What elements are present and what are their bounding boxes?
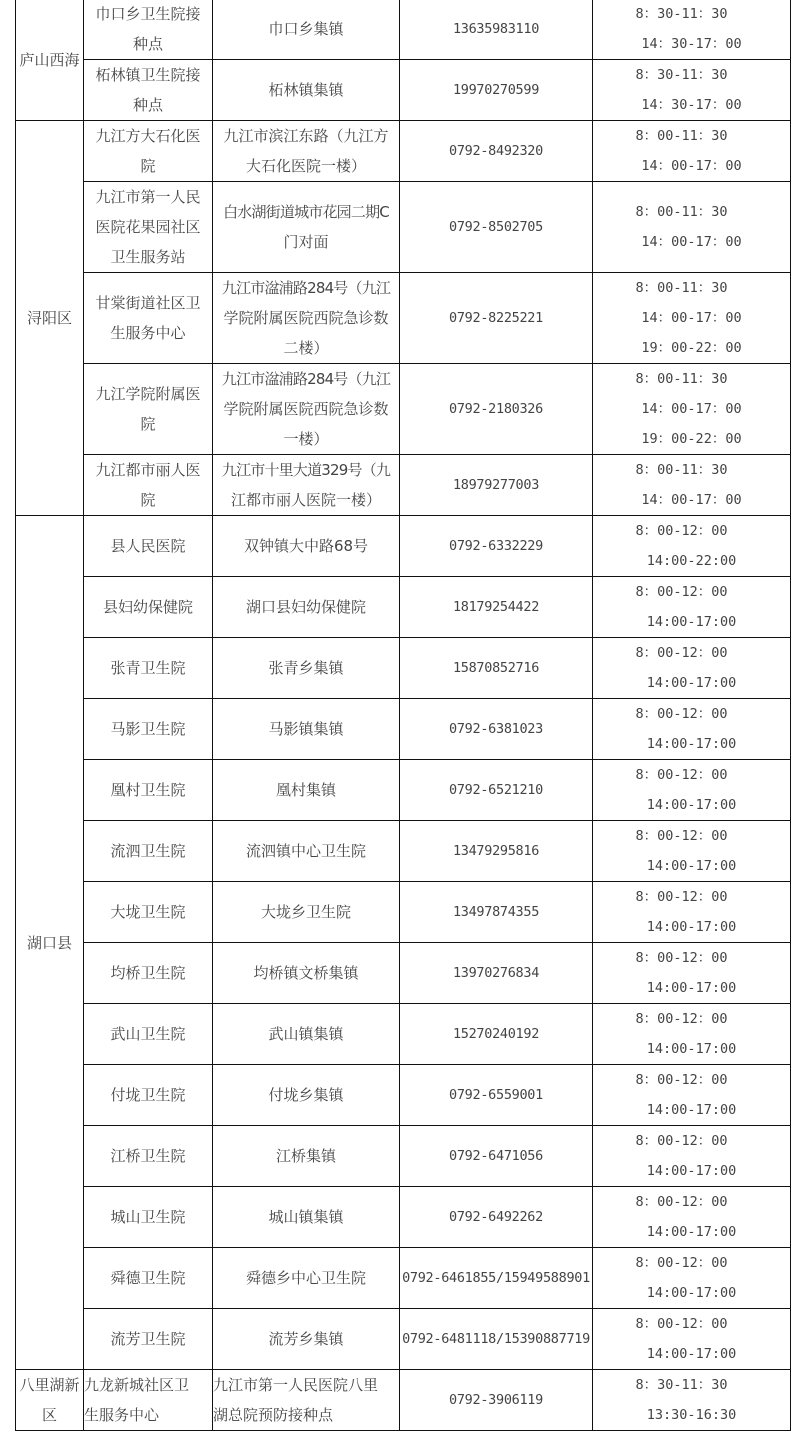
site-name-line: 九江市第一人民	[84, 182, 212, 212]
hours-line: 14：00-17：00	[593, 485, 790, 515]
hours-line: 14：30-17：00	[593, 29, 790, 59]
hours-line: 8：30-11：30	[593, 60, 790, 90]
district-cell: 湖口县	[16, 516, 84, 1370]
hours-line: 14:00-17:00	[593, 1156, 790, 1186]
hours-cell: 8：00-11：3014：00-17：00	[593, 121, 791, 182]
site-name-cell: 付垅卫生院	[84, 1065, 213, 1126]
site-name-cell: 县人民医院	[84, 516, 213, 577]
hours-line: 14：30-17：00	[593, 90, 790, 120]
site-name-line: 大垅卫生院	[84, 897, 212, 927]
hours-line: 8：00-11：30	[593, 197, 790, 227]
site-name-cell: 九江学院附属医院	[84, 364, 213, 455]
address-line: 九江市十里大道329号（九	[213, 455, 399, 485]
address-cell: 马影镇集镇	[213, 699, 400, 760]
phone-cell: 0792-6461855/15949588901	[400, 1248, 593, 1309]
hours-line: 14:00-17:00	[593, 729, 790, 759]
phone-text: 0792-8492320	[400, 136, 592, 166]
hours-cell: 8：30-11：3014：30-17：00	[593, 60, 791, 121]
site-name-line: 付垅卫生院	[84, 1080, 212, 1110]
hours-cell: 8：00-12：0014:00-17:00	[593, 699, 791, 760]
address-cell: 柘林镇集镇	[213, 60, 400, 121]
phone-cell: 13479295816	[400, 821, 593, 882]
hours-cell: 8：00-12：0014:00-17:00	[593, 577, 791, 638]
vaccination-sites-table: 庐山西海巾口乡卫生院接种点巾口乡集镇136359831108：30-11：301…	[15, 0, 791, 1431]
district-label: 浔阳区	[16, 303, 83, 333]
address-cell: 付垅乡集镇	[213, 1065, 400, 1126]
address-line: 九江市滨江东路（九江方	[213, 121, 399, 151]
site-name-line: 生服务中心	[84, 318, 212, 348]
address-line: 九江市湓浦路284号（九江	[213, 273, 399, 303]
address-line: 城山镇集镇	[213, 1202, 399, 1232]
district-cell: 浔阳区	[16, 121, 84, 516]
site-name-line: 县妇幼保健院	[84, 592, 212, 622]
address-line: 张青乡集镇	[213, 653, 399, 683]
phone-text: 0792-6481118/15390887719	[400, 1324, 592, 1354]
address-line: 凰村集镇	[213, 775, 399, 805]
address-cell: 双钟镇大中路68号	[213, 516, 400, 577]
hours-cell: 8：00-11：3014：00-17：00	[593, 182, 791, 273]
site-name-line: 张青卫生院	[84, 653, 212, 683]
address-cell: 湖口县妇幼保健院	[213, 577, 400, 638]
hours-cell: 8：00-11：3014：00-17：0019：00-22：00	[593, 364, 791, 455]
table-row: 柘林镇卫生院接种点柘林镇集镇199702705998：30-11：3014：30…	[16, 60, 791, 121]
site-name-line: 生服务中心	[84, 1400, 212, 1430]
table-row: 县妇幼保健院湖口县妇幼保健院181792544228：00-12：0014:00…	[16, 577, 791, 638]
hours-line: 8：00-12：00	[593, 1004, 790, 1034]
phone-text: 0792-8502705	[400, 212, 592, 242]
phone-text: 13497874355	[400, 897, 592, 927]
hours-line: 14:00-22:00	[593, 546, 790, 576]
hours-cell: 8：00-11：3014：00-17：00	[593, 455, 791, 516]
district-label-line: 八里湖新	[16, 1370, 83, 1400]
site-name-line: 城山卫生院	[84, 1202, 212, 1232]
site-name-line: 均桥卫生院	[84, 958, 212, 988]
phone-cell: 18979277003	[400, 455, 593, 516]
table-row: 湖口县县人民医院双钟镇大中路68号0792-63322298：00-12：001…	[16, 516, 791, 577]
phone-text: 0792-6332229	[400, 531, 592, 561]
address-line: 付垅乡集镇	[213, 1080, 399, 1110]
hours-line: 19：00-22：00	[593, 333, 790, 363]
hours-line: 8：00-12：00	[593, 943, 790, 973]
phone-cell: 0792-3906119	[400, 1370, 593, 1431]
address-cell: 均桥镇文桥集镇	[213, 943, 400, 1004]
site-name-cell: 巾口乡卫生院接种点	[84, 0, 213, 60]
site-name-cell: 九江市第一人民医院花果园社区卫生服务站	[84, 182, 213, 273]
site-name-cell: 甘棠街道社区卫生服务中心	[84, 273, 213, 364]
site-name-line: 柘林镇卫生院接	[84, 60, 212, 90]
phone-text: 15270240192	[400, 1019, 592, 1049]
address-cell: 武山镇集镇	[213, 1004, 400, 1065]
hours-line: 14:00-17:00	[593, 851, 790, 881]
site-name-cell: 流泗卫生院	[84, 821, 213, 882]
phone-cell: 0792-8492320	[400, 121, 593, 182]
table-row: 浔阳区九江方大石化医院九江市滨江东路（九江方大石化医院一楼）0792-84923…	[16, 121, 791, 182]
address-cell: 九江市滨江东路（九江方大石化医院一楼）	[213, 121, 400, 182]
hours-line: 13:30-16:30	[593, 1400, 790, 1430]
address-cell: 九江市十里大道329号（九江都市丽人医院一楼）	[213, 455, 400, 516]
site-name-cell: 柘林镇卫生院接种点	[84, 60, 213, 121]
address-cell: 白水湖街道城市花园二期C门对面	[213, 182, 400, 273]
phone-cell: 18179254422	[400, 577, 593, 638]
site-name-line: 九江学院附属医	[84, 379, 212, 409]
table-row: 江桥卫生院江桥集镇0792-64710568：00-12：0014:00-17:…	[16, 1126, 791, 1187]
address-cell: 巾口乡集镇	[213, 0, 400, 60]
hours-line: 8：00-11：30	[593, 273, 790, 303]
phone-cell: 0792-8502705	[400, 182, 593, 273]
address-line: 武山镇集镇	[213, 1019, 399, 1049]
hours-line: 8：00-12：00	[593, 516, 790, 546]
table-row: 付垅卫生院付垅乡集镇0792-65590018：00-12：0014:00-17…	[16, 1065, 791, 1126]
phone-text: 0792-6521210	[400, 775, 592, 805]
address-cell: 九江市湓浦路284号（九江学院附属医院西院急诊数一楼）	[213, 364, 400, 455]
district-cell: 八里湖新区	[16, 1370, 84, 1431]
phone-cell: 13970276834	[400, 943, 593, 1004]
hours-line: 14:00-17:00	[593, 790, 790, 820]
hours-cell: 8：00-12：0014:00-17:00	[593, 943, 791, 1004]
hours-line: 14:00-17:00	[593, 912, 790, 942]
hours-cell: 8：00-12：0014:00-17:00	[593, 821, 791, 882]
hours-line: 14:00-17:00	[593, 1278, 790, 1308]
site-name-cell: 流芳卫生院	[84, 1309, 213, 1370]
address-cell: 凰村集镇	[213, 760, 400, 821]
phone-cell: 0792-6521210	[400, 760, 593, 821]
hours-cell: 8：30-11：3014：30-17：00	[593, 0, 791, 60]
hours-line: 14:00-17:00	[593, 1217, 790, 1247]
address-cell: 流泗镇中心卫生院	[213, 821, 400, 882]
hours-line: 8：00-12：00	[593, 1187, 790, 1217]
phone-text: 18179254422	[400, 592, 592, 622]
phone-cell: 0792-6492262	[400, 1187, 593, 1248]
site-name-cell: 县妇幼保健院	[84, 577, 213, 638]
address-line: 二楼）	[213, 333, 399, 363]
table-row: 城山卫生院城山镇集镇0792-64922628：00-12：0014:00-17…	[16, 1187, 791, 1248]
address-cell: 九江市第一人民医院八里湖总院预防接种点	[213, 1370, 400, 1431]
hours-line: 14：00-17：00	[593, 303, 790, 333]
site-name-cell: 舜德卫生院	[84, 1248, 213, 1309]
table-body: 庐山西海巾口乡卫生院接种点巾口乡集镇136359831108：30-11：301…	[16, 0, 791, 1431]
phone-text: 0792-6559001	[400, 1080, 592, 1110]
hours-line: 8：00-12：00	[593, 760, 790, 790]
address-cell: 大垅乡卫生院	[213, 882, 400, 943]
hours-line: 14:00-17:00	[593, 668, 790, 698]
hours-cell: 8：00-12：0014:00-17:00	[593, 638, 791, 699]
table-row: 均桥卫生院均桥镇文桥集镇139702768348：00-12：0014:00-1…	[16, 943, 791, 1004]
hours-cell: 8：00-12：0014:00-22:00	[593, 516, 791, 577]
hours-cell: 8：00-12：0014:00-17:00	[593, 1248, 791, 1309]
site-name-line: 种点	[84, 90, 212, 120]
table-row: 甘棠街道社区卫生服务中心九江市湓浦路284号（九江学院附属医院西院急诊数二楼）0…	[16, 273, 791, 364]
hours-cell: 8：00-12：0014:00-17:00	[593, 1065, 791, 1126]
phone-text: 13479295816	[400, 836, 592, 866]
site-name-line: 马影卫生院	[84, 714, 212, 744]
site-name-cell: 凰村卫生院	[84, 760, 213, 821]
table-row: 八里湖新区九龙新城社区卫生服务中心九江市第一人民医院八里湖总院预防接种点0792…	[16, 1370, 791, 1431]
table-row: 大垅卫生院大垅乡卫生院134978743558：00-12：0014:00-17…	[16, 882, 791, 943]
hours-line: 8：30-11：30	[593, 0, 790, 29]
hours-cell: 8：00-12：0014:00-17:00	[593, 1126, 791, 1187]
phone-cell: 0792-6481118/15390887719	[400, 1309, 593, 1370]
site-name-cell: 大垅卫生院	[84, 882, 213, 943]
phone-cell: 0792-2180326	[400, 364, 593, 455]
site-name-cell: 城山卫生院	[84, 1187, 213, 1248]
address-line: 湖总院预防接种点	[213, 1400, 399, 1430]
phone-cell: 15270240192	[400, 1004, 593, 1065]
address-line: 巾口乡集镇	[213, 14, 399, 44]
address-cell: 城山镇集镇	[213, 1187, 400, 1248]
phone-cell: 13497874355	[400, 882, 593, 943]
phone-text: 18979277003	[400, 470, 592, 500]
hours-cell: 8：00-12：0014:00-17:00	[593, 1187, 791, 1248]
site-name-cell: 张青卫生院	[84, 638, 213, 699]
site-name-line: 医院花果园社区	[84, 212, 212, 242]
phone-text: 0792-6492262	[400, 1202, 592, 1232]
hours-line: 14：00-17：00	[593, 227, 790, 257]
hours-line: 8：00-12：00	[593, 699, 790, 729]
hours-line: 8：00-12：00	[593, 1126, 790, 1156]
table-row: 流芳卫生院流芳乡集镇0792-6481118/153908877198：00-1…	[16, 1309, 791, 1370]
hours-line: 8：00-11：30	[593, 364, 790, 394]
address-cell: 张青乡集镇	[213, 638, 400, 699]
hours-line: 8：00-11：30	[593, 455, 790, 485]
address-line: 学院附属医院西院急诊数	[213, 394, 399, 424]
district-label: 湖口县	[16, 928, 83, 958]
phone-text: 13970276834	[400, 958, 592, 988]
site-name-cell: 九江都市丽人医院	[84, 455, 213, 516]
hours-line: 8：00-12：00	[593, 821, 790, 851]
hours-cell: 8：30-11：3013:30-16:30	[593, 1370, 791, 1431]
address-line: 九江市第一人民医院八里	[213, 1370, 399, 1400]
phone-cell: 15870852716	[400, 638, 593, 699]
site-name-cell: 马影卫生院	[84, 699, 213, 760]
hours-line: 14:00-17:00	[593, 1034, 790, 1064]
phone-text: 0792-6461855/15949588901	[400, 1263, 592, 1293]
hours-line: 8：00-12：00	[593, 638, 790, 668]
hours-line: 14:00-17:00	[593, 973, 790, 1003]
site-name-cell: 九龙新城社区卫生服务中心	[84, 1370, 213, 1431]
site-name-line: 流芳卫生院	[84, 1324, 212, 1354]
hours-line: 8：00-12：00	[593, 1065, 790, 1095]
address-cell: 流芳乡集镇	[213, 1309, 400, 1370]
district-label-line: 区	[16, 1400, 83, 1430]
phone-cell: 0792-6332229	[400, 516, 593, 577]
phone-cell: 19970270599	[400, 60, 593, 121]
phone-text: 0792-3906119	[400, 1385, 592, 1415]
address-line: 流泗镇中心卫生院	[213, 836, 399, 866]
site-name-line: 甘棠街道社区卫	[84, 288, 212, 318]
phone-cell: 0792-6559001	[400, 1065, 593, 1126]
hours-cell: 8：00-12：0014:00-17:00	[593, 1004, 791, 1065]
address-line: 学院附属医院西院急诊数	[213, 303, 399, 333]
site-name-line: 九龙新城社区卫	[84, 1370, 212, 1400]
table-row: 九江都市丽人医院九江市十里大道329号（九江都市丽人医院一楼）189792770…	[16, 455, 791, 516]
table-row: 武山卫生院武山镇集镇152702401928：00-12：0014:00-17:…	[16, 1004, 791, 1065]
address-cell: 九江市湓浦路284号（九江学院附属医院西院急诊数二楼）	[213, 273, 400, 364]
site-name-line: 院	[84, 485, 212, 515]
phone-text: 19970270599	[400, 75, 592, 105]
hours-line: 8：00-12：00	[593, 1248, 790, 1278]
address-line: 双钟镇大中路68号	[213, 531, 399, 561]
site-name-line: 院	[84, 409, 212, 439]
table-row: 流泗卫生院流泗镇中心卫生院134792958168：00-12：0014:00-…	[16, 821, 791, 882]
address-line: 均桥镇文桥集镇	[213, 958, 399, 988]
table-row: 凰村卫生院凰村集镇0792-65212108：00-12：0014:00-17:…	[16, 760, 791, 821]
phone-text: 0792-6381023	[400, 714, 592, 744]
table-row: 张青卫生院张青乡集镇158708527168：00-12：0014:00-17:…	[16, 638, 791, 699]
phone-cell: 0792-8225221	[400, 273, 593, 364]
address-line: 大石化医院一楼）	[213, 151, 399, 181]
phone-text: 0792-8225221	[400, 303, 592, 333]
hours-line: 8：00-11：30	[593, 121, 790, 151]
phone-text: 15870852716	[400, 653, 592, 683]
address-line: 湖口县妇幼保健院	[213, 592, 399, 622]
hours-line: 14:00-17:00	[593, 1339, 790, 1369]
site-name-line: 种点	[84, 29, 212, 59]
table-row: 庐山西海巾口乡卫生院接种点巾口乡集镇136359831108：30-11：301…	[16, 0, 791, 60]
site-name-line: 卫生服务站	[84, 242, 212, 272]
site-name-line: 九江方大石化医	[84, 121, 212, 151]
hours-cell: 8：00-12：0014:00-17:00	[593, 1309, 791, 1370]
site-name-line: 流泗卫生院	[84, 836, 212, 866]
table-row: 九江学院附属医院九江市湓浦路284号（九江学院附属医院西院急诊数一楼）0792-…	[16, 364, 791, 455]
address-line: 马影镇集镇	[213, 714, 399, 744]
phone-text: 0792-6471056	[400, 1141, 592, 1171]
hours-cell: 8：00-12：0014:00-17:00	[593, 882, 791, 943]
site-name-cell: 九江方大石化医院	[84, 121, 213, 182]
address-line: 九江市湓浦路284号（九江	[213, 364, 399, 394]
site-name-line: 江桥卫生院	[84, 1141, 212, 1171]
address-line: 大垅乡卫生院	[213, 897, 399, 927]
phone-cell: 13635983110	[400, 0, 593, 60]
site-name-line: 凰村卫生院	[84, 775, 212, 805]
address-line: 门对面	[213, 227, 399, 257]
table-row: 九江市第一人民医院花果园社区卫生服务站白水湖街道城市花园二期C门对面0792-8…	[16, 182, 791, 273]
site-name-line: 巾口乡卫生院接	[84, 0, 212, 29]
site-name-line: 九江都市丽人医	[84, 455, 212, 485]
hours-line: 8：00-12：00	[593, 882, 790, 912]
phone-cell: 0792-6471056	[400, 1126, 593, 1187]
site-name-cell: 江桥卫生院	[84, 1126, 213, 1187]
site-name-cell: 武山卫生院	[84, 1004, 213, 1065]
hours-line: 8：30-11：30	[593, 1370, 790, 1400]
hours-line: 14：00-17：00	[593, 394, 790, 424]
district-label: 庐山西海	[16, 45, 83, 75]
hours-line: 14:00-17:00	[593, 607, 790, 637]
hours-cell: 8：00-12：0014:00-17:00	[593, 760, 791, 821]
site-name-line: 县人民医院	[84, 531, 212, 561]
phone-cell: 0792-6381023	[400, 699, 593, 760]
hours-line: 14：00-17：00	[593, 151, 790, 181]
hours-cell: 8：00-11：3014：00-17：0019：00-22：00	[593, 273, 791, 364]
address-line: 流芳乡集镇	[213, 1324, 399, 1354]
table-row: 舜德卫生院舜德乡中心卫生院0792-6461855/159495889018：0…	[16, 1248, 791, 1309]
hours-line: 14:00-17:00	[593, 1095, 790, 1125]
site-name-line: 武山卫生院	[84, 1019, 212, 1049]
address-cell: 舜德乡中心卫生院	[213, 1248, 400, 1309]
table-row: 马影卫生院马影镇集镇0792-63810238：00-12：0014:00-17…	[16, 699, 791, 760]
address-line: 柘林镇集镇	[213, 75, 399, 105]
address-line: 一楼）	[213, 424, 399, 454]
phone-text: 0792-2180326	[400, 394, 592, 424]
hours-line: 8：00-12：00	[593, 577, 790, 607]
phone-text: 13635983110	[400, 14, 592, 44]
address-line: 江都市丽人医院一楼）	[213, 485, 399, 515]
site-name-line: 院	[84, 151, 212, 181]
site-name-line: 舜德卫生院	[84, 1263, 212, 1293]
site-name-cell: 均桥卫生院	[84, 943, 213, 1004]
district-cell: 庐山西海	[16, 0, 84, 121]
hours-line: 8：00-12：00	[593, 1309, 790, 1339]
address-cell: 江桥集镇	[213, 1126, 400, 1187]
address-line: 江桥集镇	[213, 1141, 399, 1171]
hours-line: 19：00-22：00	[593, 424, 790, 454]
address-line: 舜德乡中心卫生院	[213, 1263, 399, 1293]
address-line: 白水湖街道城市花园二期C	[213, 197, 399, 227]
